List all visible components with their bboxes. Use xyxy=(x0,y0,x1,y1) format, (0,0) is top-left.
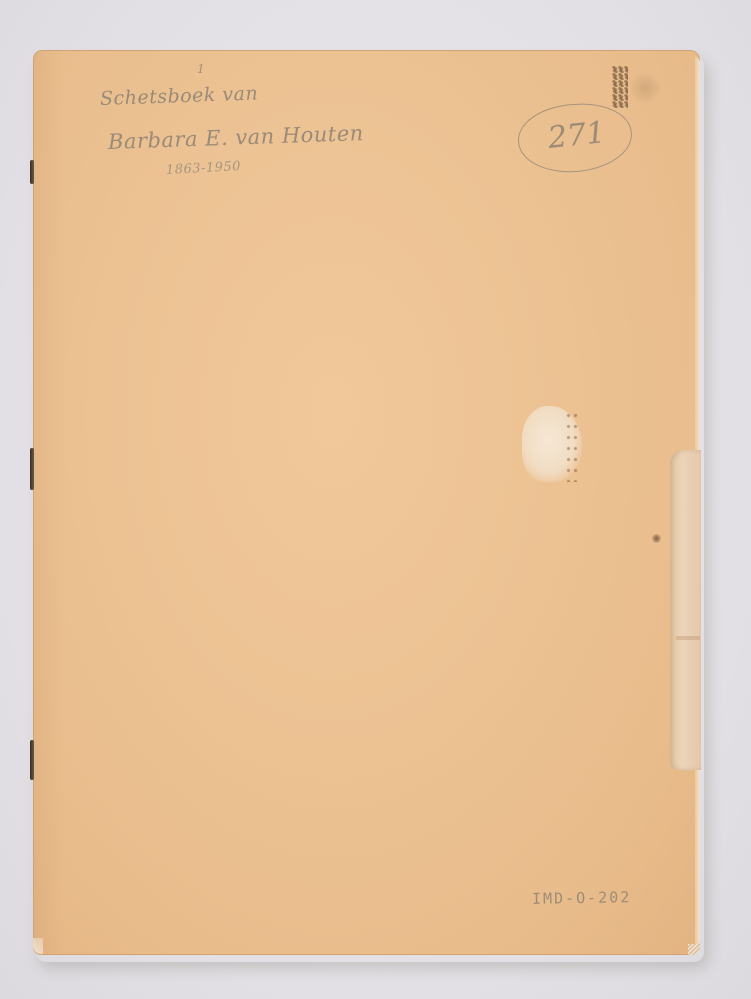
staple-icon xyxy=(30,160,34,184)
staple-icon xyxy=(30,740,34,780)
corner-wear-bottom-left xyxy=(33,938,43,954)
torn-right-edge xyxy=(670,450,701,770)
catalog-number: 271 xyxy=(546,115,607,156)
foxing-stain xyxy=(612,66,628,108)
abraded-patch-specks xyxy=(565,410,579,482)
foxing-stain-faint xyxy=(630,70,660,106)
notebook-cover xyxy=(33,50,700,955)
staple-icon xyxy=(30,448,34,490)
dirt-spot xyxy=(652,534,661,543)
torn-edge-crease xyxy=(676,636,700,640)
pencil-tick-mark: 1 xyxy=(197,62,205,76)
inventory-number: IMD-O-202 xyxy=(532,888,632,908)
